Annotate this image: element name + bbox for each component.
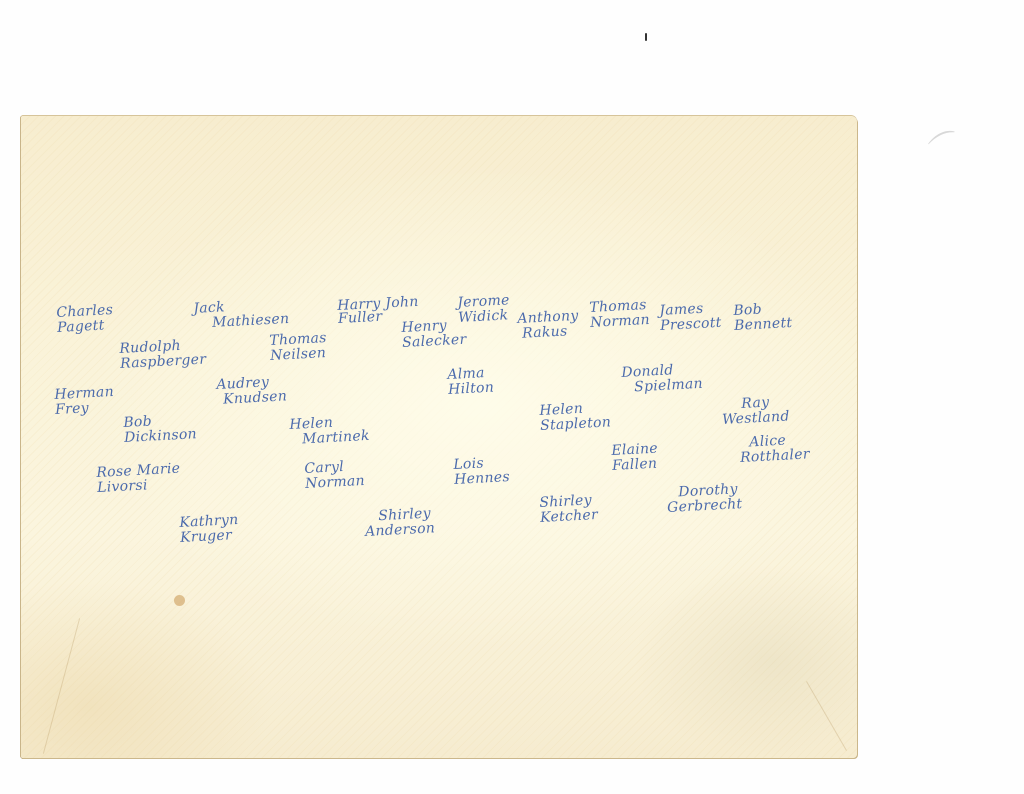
signature: Anthony Rakus bbox=[517, 309, 580, 342]
signature-last-name: Raspberger bbox=[120, 352, 207, 371]
signature: Helen Martinek bbox=[289, 414, 370, 448]
signature: Alma Hilton bbox=[447, 366, 495, 398]
signature-last-name: Prescott bbox=[660, 316, 722, 334]
signature: Kathryn Kruger bbox=[179, 513, 240, 546]
corner-crease bbox=[806, 681, 847, 751]
signature-last-name: Hilton bbox=[448, 381, 495, 398]
signature-last-name: Rotthaler bbox=[740, 447, 810, 466]
signature-last-name: Bennett bbox=[734, 316, 793, 334]
signature-card: Charles Pagett Jack Mathiesen Rudolph Ra… bbox=[21, 116, 857, 758]
signature: Bob Bennett bbox=[733, 301, 793, 334]
signature: Donald Spielman bbox=[621, 362, 703, 396]
signature-last-name: Rakus bbox=[518, 324, 580, 342]
signature-last-name: Salecker bbox=[402, 333, 467, 351]
signature-last-name: Kruger bbox=[180, 528, 240, 546]
signature: Rose Marie Livorsi bbox=[96, 462, 181, 496]
signature: Rudolph Raspberger bbox=[119, 337, 207, 371]
faint-pencil-mark: ⌒ bbox=[917, 121, 963, 174]
signature: Herman Frey bbox=[54, 385, 115, 418]
signature: Thomas Neilsen bbox=[269, 331, 328, 364]
signature-last-name: Gerbrecht bbox=[667, 497, 743, 516]
signature-last-name: Westland bbox=[722, 409, 790, 428]
signature-last-name: Anderson bbox=[365, 521, 436, 540]
signature-last-name: Knudsen bbox=[217, 389, 288, 408]
signature: Caryl Norman bbox=[304, 459, 365, 492]
signature-last-name: Norman bbox=[590, 313, 651, 331]
ink-speck bbox=[645, 33, 647, 41]
signature-last-name: Hennes bbox=[454, 470, 511, 488]
signature: Audrey Knudsen bbox=[216, 374, 288, 408]
stain-spot bbox=[174, 595, 185, 606]
signature-last-name: Livorsi bbox=[97, 477, 182, 496]
signature-last-name: Stapleton bbox=[540, 415, 612, 434]
signature-last-name: Frey bbox=[55, 400, 115, 418]
scanned-page: ⌒ Charles Pagett Jack Mathiesen Rudolph … bbox=[0, 0, 1024, 794]
signature-last-name: Widick bbox=[458, 308, 511, 326]
signature-last-name: Ketcher bbox=[540, 508, 599, 526]
signature: Helen Stapleton bbox=[539, 400, 612, 434]
signature: Elaine Fallen bbox=[611, 442, 659, 474]
signature: Lois Hennes bbox=[453, 455, 510, 488]
signature: Shirley Ketcher bbox=[539, 493, 598, 526]
signature: Jack Mathiesen bbox=[191, 297, 290, 332]
signature: James Prescott bbox=[659, 301, 722, 334]
signature: Thomas Norman bbox=[589, 298, 650, 331]
signature-last-name: Norman bbox=[305, 474, 366, 492]
signature: Jerome Widick bbox=[457, 293, 511, 326]
signature: Dorothy Gerbrecht bbox=[666, 482, 743, 516]
signature: Bob Dickinson bbox=[123, 412, 197, 446]
signature: Henry Salecker bbox=[401, 318, 467, 351]
signature-last-name: Pagett bbox=[57, 318, 115, 336]
corner-crease bbox=[43, 618, 80, 753]
signature-last-name: Martinek bbox=[290, 429, 370, 448]
signature: Ray Westland bbox=[721, 394, 790, 427]
signature: Charles Pagett bbox=[56, 303, 114, 336]
signature-last-name: Dickinson bbox=[124, 427, 198, 446]
signature-last-name: Spielman bbox=[622, 377, 704, 396]
signature: Shirley Anderson bbox=[364, 506, 436, 540]
signature-last-name: Neilsen bbox=[270, 346, 328, 364]
signature: Alice Rotthaler bbox=[739, 432, 810, 466]
signature-last-name: Fallen bbox=[612, 457, 659, 474]
